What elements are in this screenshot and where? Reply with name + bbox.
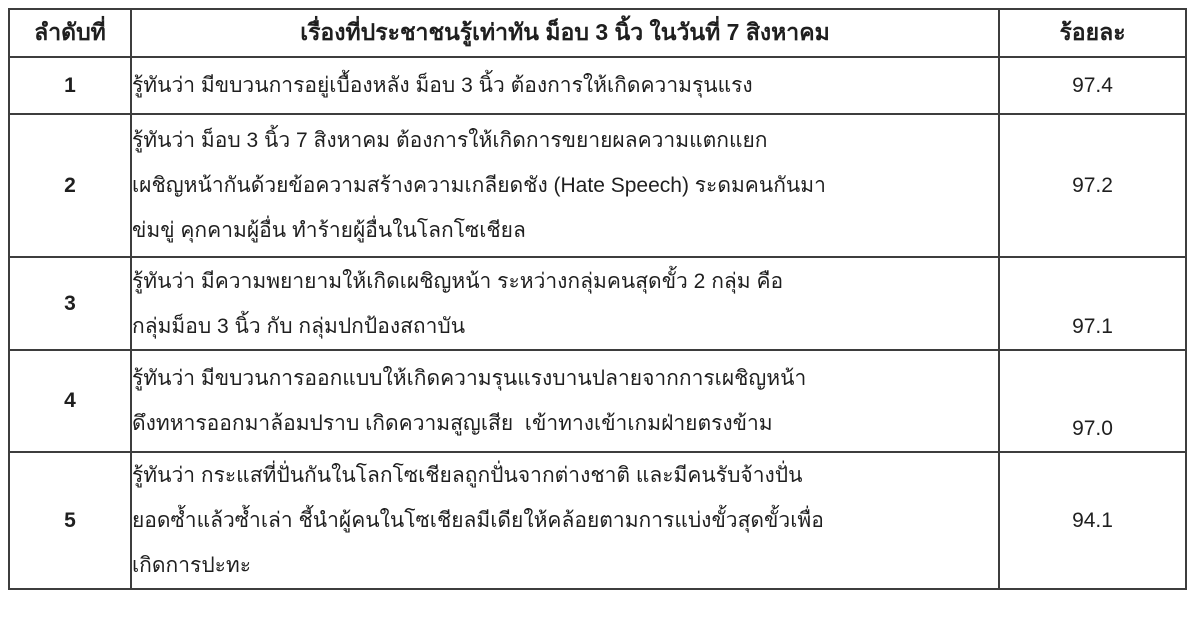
percent-cell: 97.4 [999, 57, 1186, 114]
topic-line: รู้ทันว่า ม็อบ 3 นิ้ว 7 สิงหาคม ต้องการใ… [132, 118, 998, 163]
table-header-row: ลำดับที่ เรื่องที่ประชาชนรู้เท่าทัน ม็อบ… [9, 9, 1186, 57]
topic-cell: รู้ทันว่า มีความพยายามให้เกิดเผชิญหน้า ร… [131, 257, 999, 350]
percent-value: 97.0 [1000, 417, 1185, 451]
row-number-cell: 2 [9, 114, 131, 257]
topic-line: รู้ทันว่า กระแสที่ปั่นกันในโลกโซเชียลถูก… [132, 453, 998, 498]
percent-value: 94.1 [1000, 509, 1185, 533]
percent-cell: 97.1 [999, 257, 1186, 350]
percent-cell: 97.2 [999, 114, 1186, 257]
survey-table: ลำดับที่ เรื่องที่ประชาชนรู้เท่าทัน ม็อบ… [8, 8, 1187, 590]
topic-line: ดึงทหารออกมาล้อมปราบ เกิดความสูญเสีย เข้… [132, 401, 998, 446]
topic-cell: รู้ทันว่า มีขบวนการออกแบบให้เกิดความรุนแ… [131, 350, 999, 452]
topic-cell: รู้ทันว่า มีขบวนการอยู่เบื้องหลัง ม็อบ 3… [131, 57, 999, 114]
percent-value: 97.4 [1000, 74, 1185, 98]
table-row: 5 รู้ทันว่า กระแสที่ปั่นกันในโลกโซเชียลถ… [9, 452, 1186, 589]
header-percent: ร้อยละ [999, 9, 1186, 57]
topic-line: ยอดซ้ำแล้วซ้ำเล่า ชี้นำผู้คนในโซเชียลมีเ… [132, 498, 998, 543]
percent-cell: 94.1 [999, 452, 1186, 589]
header-order-number: ลำดับที่ [9, 9, 131, 57]
topic-line: ข่มขู่ คุกคามผู้อื่น ทำร้ายผู้อื่นในโลกโ… [132, 208, 998, 253]
row-number-cell: 3 [9, 257, 131, 350]
topic-line: เกิดการปะทะ [132, 543, 998, 588]
row-number-cell: 5 [9, 452, 131, 589]
table-row: 3 รู้ทันว่า มีความพยายามให้เกิดเผชิญหน้า… [9, 257, 1186, 350]
table-row: 4 รู้ทันว่า มีขบวนการออกแบบให้เกิดความรุ… [9, 350, 1186, 452]
document-page: ลำดับที่ เรื่องที่ประชาชนรู้เท่าทัน ม็อบ… [0, 0, 1200, 618]
percent-value: 97.1 [1000, 315, 1185, 349]
row-number-cell: 1 [9, 57, 131, 114]
row-number-cell: 4 [9, 350, 131, 452]
topic-line: รู้ทันว่า มีขบวนการอยู่เบื้องหลัง ม็อบ 3… [132, 63, 998, 108]
table-row: 2 รู้ทันว่า ม็อบ 3 นิ้ว 7 สิงหาคม ต้องกา… [9, 114, 1186, 257]
topic-line: กลุ่มม็อบ 3 นิ้ว กับ กลุ่มปกป้องสถาบัน [132, 304, 998, 349]
header-topic: เรื่องที่ประชาชนรู้เท่าทัน ม็อบ 3 นิ้ว ใ… [131, 9, 999, 57]
percent-cell: 97.0 [999, 350, 1186, 452]
percent-value: 97.2 [1000, 174, 1185, 198]
topic-line: รู้ทันว่า มีความพยายามให้เกิดเผชิญหน้า ร… [132, 259, 998, 304]
topic-line: รู้ทันว่า มีขบวนการออกแบบให้เกิดความรุนแ… [132, 356, 998, 401]
topic-line: เผชิญหน้ากันด้วยข้อความสร้างความเกลียดชั… [132, 163, 998, 208]
table-row: 1 รู้ทันว่า มีขบวนการอยู่เบื้องหลัง ม็อบ… [9, 57, 1186, 114]
topic-cell: รู้ทันว่า กระแสที่ปั่นกันในโลกโซเชียลถูก… [131, 452, 999, 589]
topic-cell: รู้ทันว่า ม็อบ 3 นิ้ว 7 สิงหาคม ต้องการใ… [131, 114, 999, 257]
